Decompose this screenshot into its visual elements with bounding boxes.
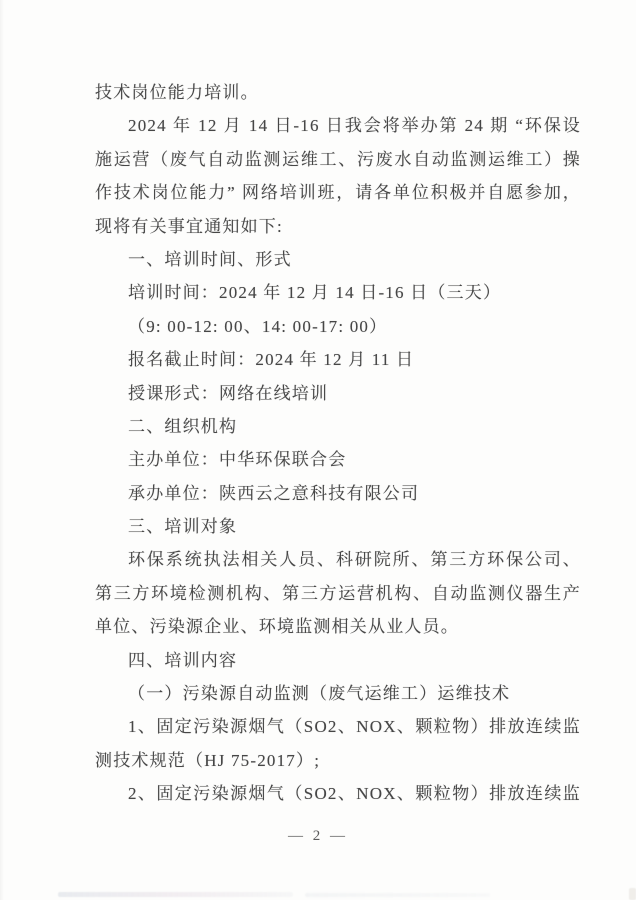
doc-line: 2、固定污染源烟气（SO2、NOX、颗粒物）排放连续监 xyxy=(95,777,581,810)
doc-line: 1、固定污染源烟气（SO2、NOX、颗粒物）排放连续监 xyxy=(95,710,581,743)
document-body: 技术岗位能力培训。2024 年 12 月 14 日-16 日我会将举办第 24 … xyxy=(95,76,581,811)
document-page: 技术岗位能力培训。2024 年 12 月 14 日-16 日我会将举办第 24 … xyxy=(0,0,636,900)
doc-line: 第三方环境检测机构、第三方运营机构、自动监测仪器生产 xyxy=(95,577,581,610)
doc-line: 四、培训内容 xyxy=(95,644,581,677)
doc-line: （一）污染源自动监测（废气运维工）运维技术 xyxy=(95,677,581,710)
doc-line: 测技术规范（HJ 75-2017）; xyxy=(95,744,581,777)
doc-line: 施运营（废气自动监测运维工、污废水自动监测运维工）操 xyxy=(95,143,581,176)
doc-line: 单位、污染源企业、环境监测相关从业人员。 xyxy=(95,610,581,643)
doc-line: 主办单位：中华环保联合会 xyxy=(95,443,581,476)
doc-line: 一、培训时间、形式 xyxy=(95,243,581,276)
scan-left-edge xyxy=(0,0,4,900)
doc-line: 技术岗位能力培训。 xyxy=(95,76,581,109)
scan-smudge-artifact xyxy=(629,888,636,900)
doc-line: 环保系统执法相关人员、科研院所、第三方环保公司、 xyxy=(95,543,581,576)
doc-line: 培训时间：2024 年 12 月 14 日-16 日（三天） xyxy=(95,276,581,309)
doc-line: 作技术岗位能力” 网络培训班，请各单位积极并自愿参加， xyxy=(95,176,581,209)
scan-smudge-artifact xyxy=(58,892,293,897)
page-number: — 2 — xyxy=(0,828,636,845)
scan-smudge-artifact xyxy=(305,893,490,897)
doc-line: 现将有关事宜通知如下: xyxy=(95,210,581,243)
doc-line: 三、培训对象 xyxy=(95,510,581,543)
doc-line: 2024 年 12 月 14 日-16 日我会将举办第 24 期 “环保设 xyxy=(95,109,581,142)
doc-line: 承办单位：陕西云之意科技有限公司 xyxy=(95,477,581,510)
doc-line: 报名截止时间：2024 年 12 月 11 日 xyxy=(95,343,581,376)
doc-line: 授课形式：网络在线培训 xyxy=(95,377,581,410)
doc-line: 二、组织机构 xyxy=(95,410,581,443)
doc-line: （9: 00-12: 00、14: 00-17: 00） xyxy=(95,310,581,343)
